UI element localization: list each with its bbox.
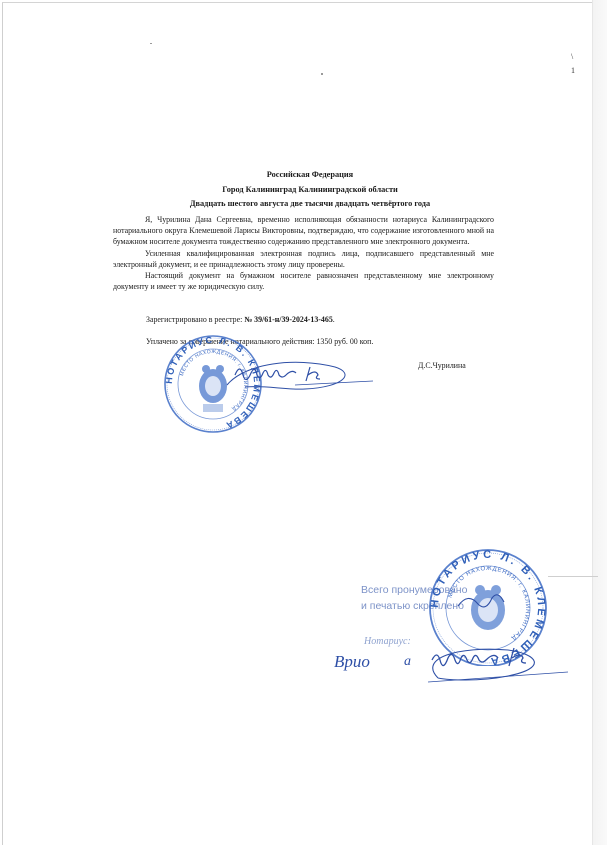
scan-speck: [321, 73, 323, 75]
signer-name: Д.С.Чурилина: [418, 361, 466, 370]
registry-number: № 39/61-н/39-2024-13-465: [244, 315, 333, 324]
signature-mark-2: [418, 638, 578, 688]
page-frame: [2, 2, 605, 845]
binding-rule: [548, 576, 598, 577]
paragraph-signature-check: Усиленная квалифицированная электронная …: [113, 248, 494, 270]
margin-mark: 1: [571, 64, 575, 78]
header-country: Российская Федерация: [100, 170, 520, 179]
header-date: Двадцать шестого августа две тысячи двад…: [100, 199, 520, 208]
paragraph-identity: Я, Чурилина Дана Сергеевна, временно исп…: [113, 214, 494, 248]
signature-mark: [225, 355, 375, 395]
margin-marks: \ 1: [571, 50, 575, 78]
page-edge: [592, 0, 607, 845]
handwritten-a: а: [404, 654, 411, 670]
paragraph-legal-force: Настоящий документ на бумажном носителе …: [113, 270, 494, 292]
header-city: Город Калининград Калининградской област…: [100, 185, 520, 194]
scan-speck: [150, 43, 152, 44]
registry-label: Зарегистрировано в реестре:: [146, 315, 244, 324]
registry-suffix: .: [333, 315, 335, 324]
notary-label: Нотариус:: [364, 636, 411, 647]
certification-text: Я, Чурилина Дана Сергеевна, временно исп…: [113, 214, 494, 292]
handwritten-vrio: Врио: [334, 652, 370, 672]
registry-line: Зарегистрировано в реестре: № 39/61-н/39…: [146, 315, 335, 324]
margin-mark: \: [571, 50, 575, 64]
